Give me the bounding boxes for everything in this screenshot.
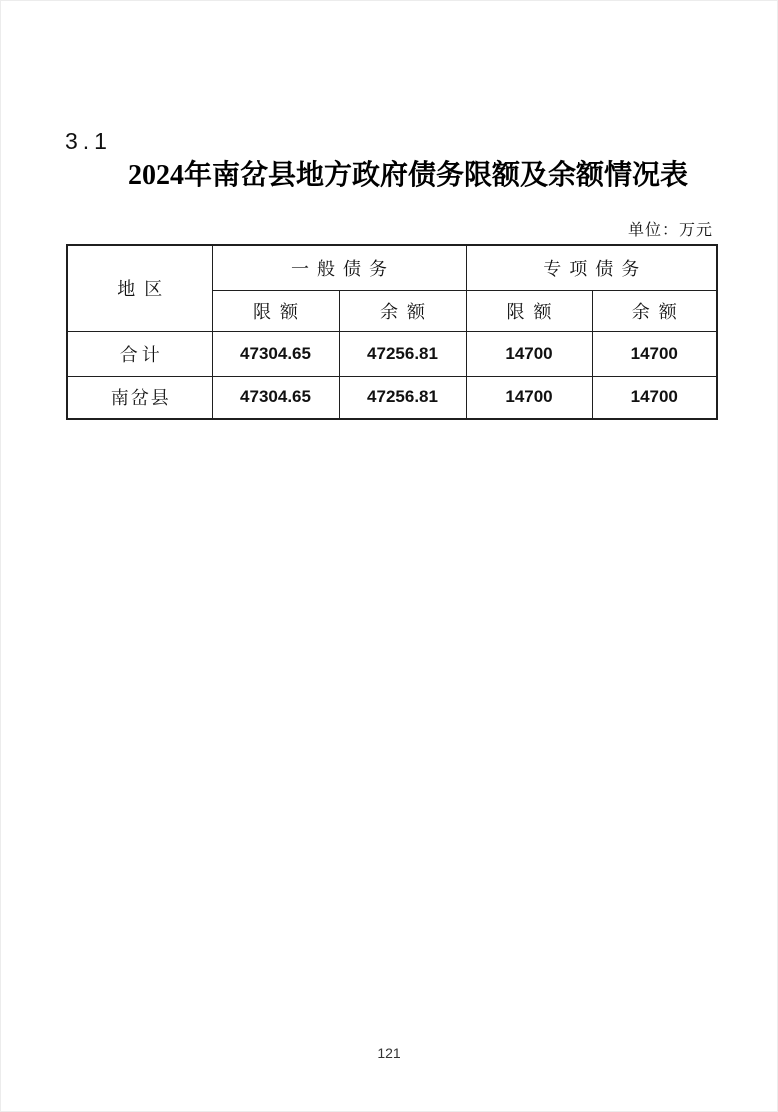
unit-note: 单位：万元 [628, 217, 713, 240]
document-page: 3.1 2024年南岔县地方政府债务限额及余额情况表 单位：万元 地区 一般债务… [0, 0, 778, 1112]
header-special-debt: 专项债务 [466, 245, 717, 290]
cell-special-balance-total: 14700 [592, 331, 717, 376]
cell-region-nancha: 南岔县 [67, 376, 212, 419]
cell-general-balance-total: 47256.81 [339, 331, 466, 376]
cell-special-limit-total: 14700 [466, 331, 592, 376]
cell-special-balance-nancha: 14700 [592, 376, 717, 419]
table-row-nancha: 南岔县 47304.65 47256.81 14700 14700 [67, 376, 717, 419]
cell-general-balance-nancha: 47256.81 [339, 376, 466, 419]
header-general-limit: 限额 [212, 290, 339, 331]
cell-general-limit-nancha: 47304.65 [212, 376, 339, 419]
header-general-balance: 余额 [339, 290, 466, 331]
cell-special-limit-nancha: 14700 [466, 376, 592, 419]
page-number: 121 [1, 1045, 777, 1061]
header-special-balance: 余额 [592, 290, 717, 331]
section-number: 3.1 [65, 128, 112, 155]
table-row-total: 合计 47304.65 47256.81 14700 14700 [67, 331, 717, 376]
header-special-limit: 限额 [466, 290, 592, 331]
cell-region-total: 合计 [67, 331, 212, 376]
debt-table: 地区 一般债务 专项债务 限额 余额 限额 余额 合计 47304.65 472… [66, 244, 718, 420]
header-region: 地区 [67, 245, 212, 331]
page-title: 2024年南岔县地方政府债务限额及余额情况表 [1, 159, 777, 193]
cell-general-limit-total: 47304.65 [212, 331, 339, 376]
table-header-row-groups: 地区 一般债务 专项债务 [67, 245, 717, 290]
header-general-debt: 一般债务 [212, 245, 466, 290]
